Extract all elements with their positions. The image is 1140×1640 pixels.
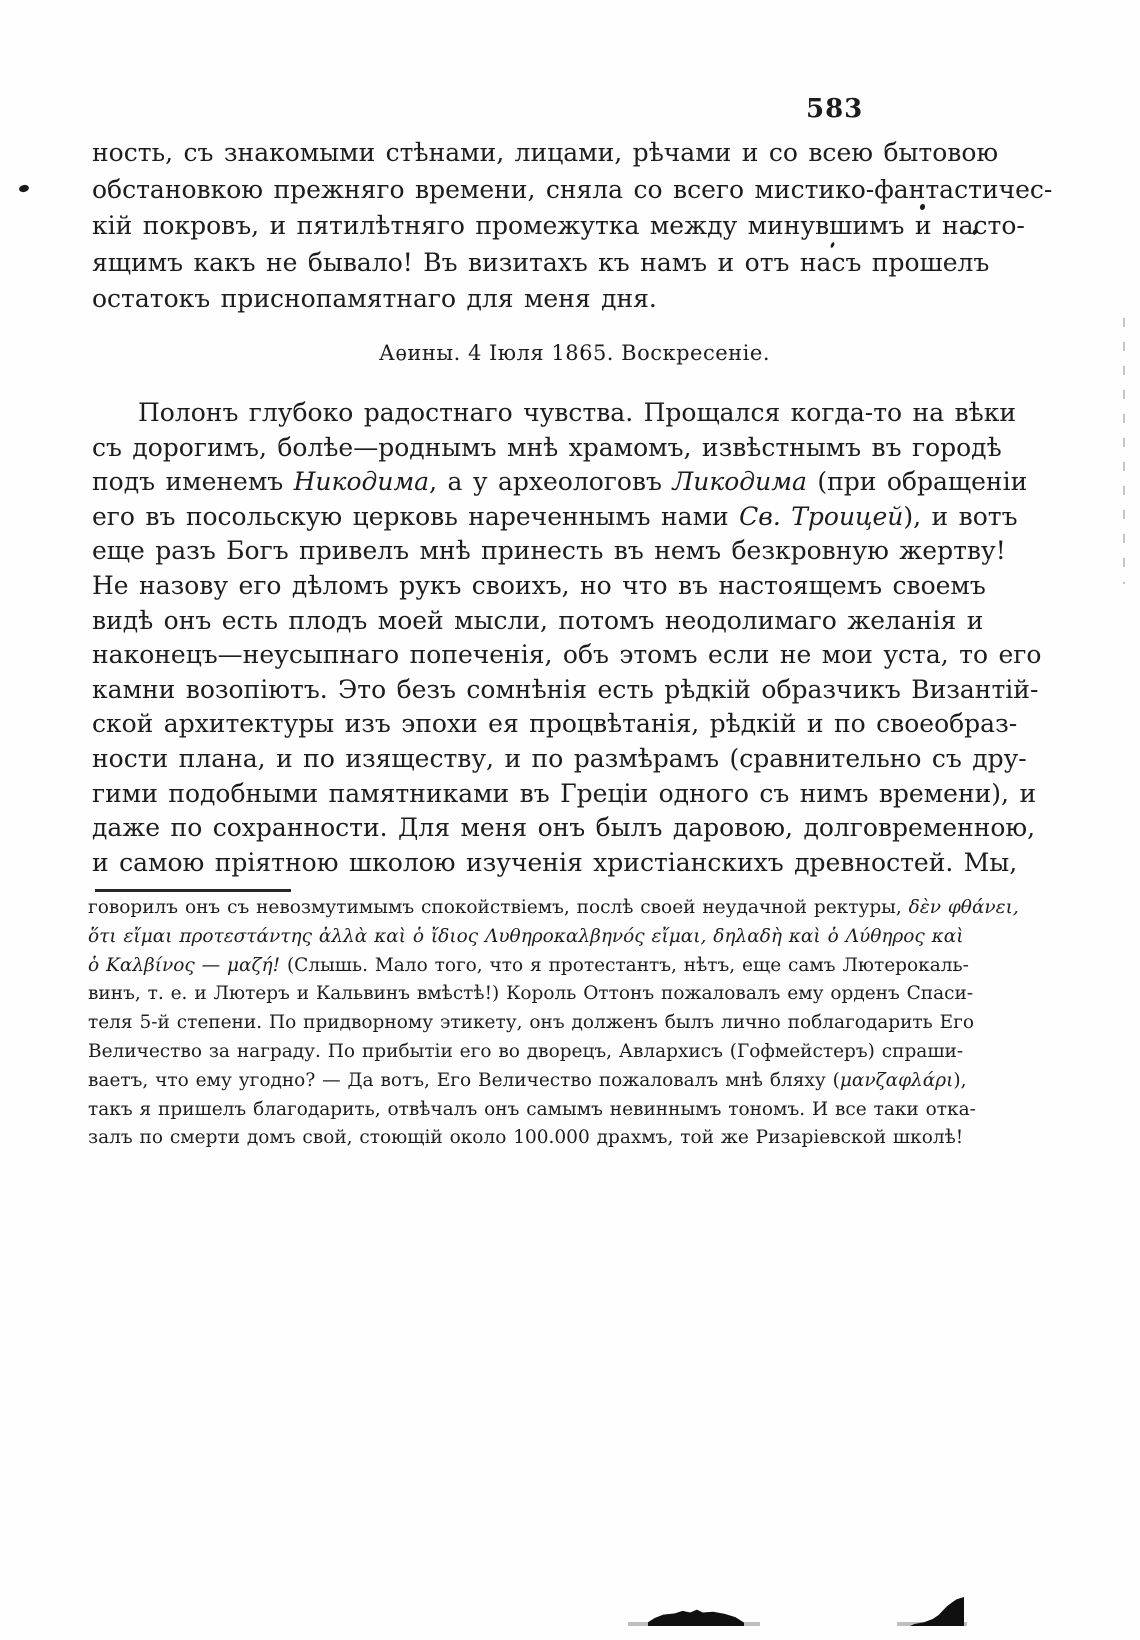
text-line: Не назову его дѣломъ рукъ своихъ, но что… [92,571,858,606]
text-line: гими подобными памятниками въ Греціи одн… [92,779,858,814]
text-line: ὁ Καλβίνος — μαζή! (Слышь. Мало того, чт… [88,955,868,984]
ink-speck [919,203,926,210]
body-paragraph-2: Полонъ глубоко радостнаго чувства. Проща… [92,398,858,882]
text-line: остатокъ приснопамятнаго для меня дня. [92,284,858,321]
text-line: его въ посольскую церковь нареченнымъ на… [92,502,858,537]
text-line: залъ по смерти домъ свой, стоющій около … [88,1127,868,1156]
ink-smudge [648,1605,744,1626]
footnote-text: говорилъ онъ съ невозмутимымъ спокойстві… [88,897,868,1156]
text-line: ваетъ, что ему угодно? — Да вотъ, Его Ве… [88,1070,868,1099]
text-line: Величество за награду. По прибытіи его в… [88,1041,868,1070]
text-line: съ дорогимъ, болѣе—роднымъ мнѣ храмомъ, … [92,433,858,468]
page-number: 583 [806,94,863,124]
text-line: еще разъ Богъ привелъ мнѣ принесть въ не… [92,536,858,571]
text-line: камни возопіютъ. Это безъ сомнѣнія есть … [92,675,858,710]
text-line: ность, съ знакомыми стѣнами, лицами, рѣч… [92,138,858,175]
text-line: такъ я пришелъ благодарить, отвѣчалъ онъ… [88,1099,868,1128]
text-line: подъ именемъ Никодима, а у археологовъ Л… [92,467,858,502]
text-line: Полонъ глубоко радостнаго чувства. Проща… [92,398,858,433]
text-line: ὅτι εἴμαι προτεστάντης ἀλλὰ καὶ ὁ ἴδιος … [88,926,868,955]
ink-speck [581,349,584,352]
text-line: обстановкою прежняго времени, сняла со в… [92,175,858,212]
text-line: винъ, т. е. и Лютеръ и Кальвинъ вмѣстѣ!)… [88,983,868,1012]
dateline: Аѳины. 4 Іюля 1865. Воскресеніе. [92,341,770,365]
body-paragraph-1: ность, съ знакомыми стѣнами, лицами, рѣч… [92,138,858,321]
text-line: говорилъ онъ съ невозмутимымъ спокойстві… [88,897,868,926]
text-line: ности плана, и по изяществу, и по размѣр… [92,744,858,779]
text-line: кій покровъ, и пятилѣтняго промежутка ме… [92,211,858,248]
text-line: наконецъ—неусыпнаго попеченія, объ этомъ… [92,640,858,675]
text-line: даже по сохранности. Для меня онъ былъ д… [92,813,858,848]
scanned-book-page: 583 ность, съ знакомыми стѣнами, лицами,… [0,0,1140,1640]
ink-speck [18,184,29,193]
text-line: видѣ онъ есть плодъ моей мысли, потомъ н… [92,606,858,641]
text-line: ящимъ какъ не бывало! Въ визитахъ къ нам… [92,248,858,285]
footnote-rule [95,889,291,892]
text-line: и самою пріятною школою изученія христіа… [92,848,858,883]
text-line: теля 5-й степени. По придворному этикету… [88,1012,868,1041]
scan-edge-artifact [1123,318,1125,584]
text-line: ской архитектуры изъ эпохи ея процвѣтані… [92,709,858,744]
